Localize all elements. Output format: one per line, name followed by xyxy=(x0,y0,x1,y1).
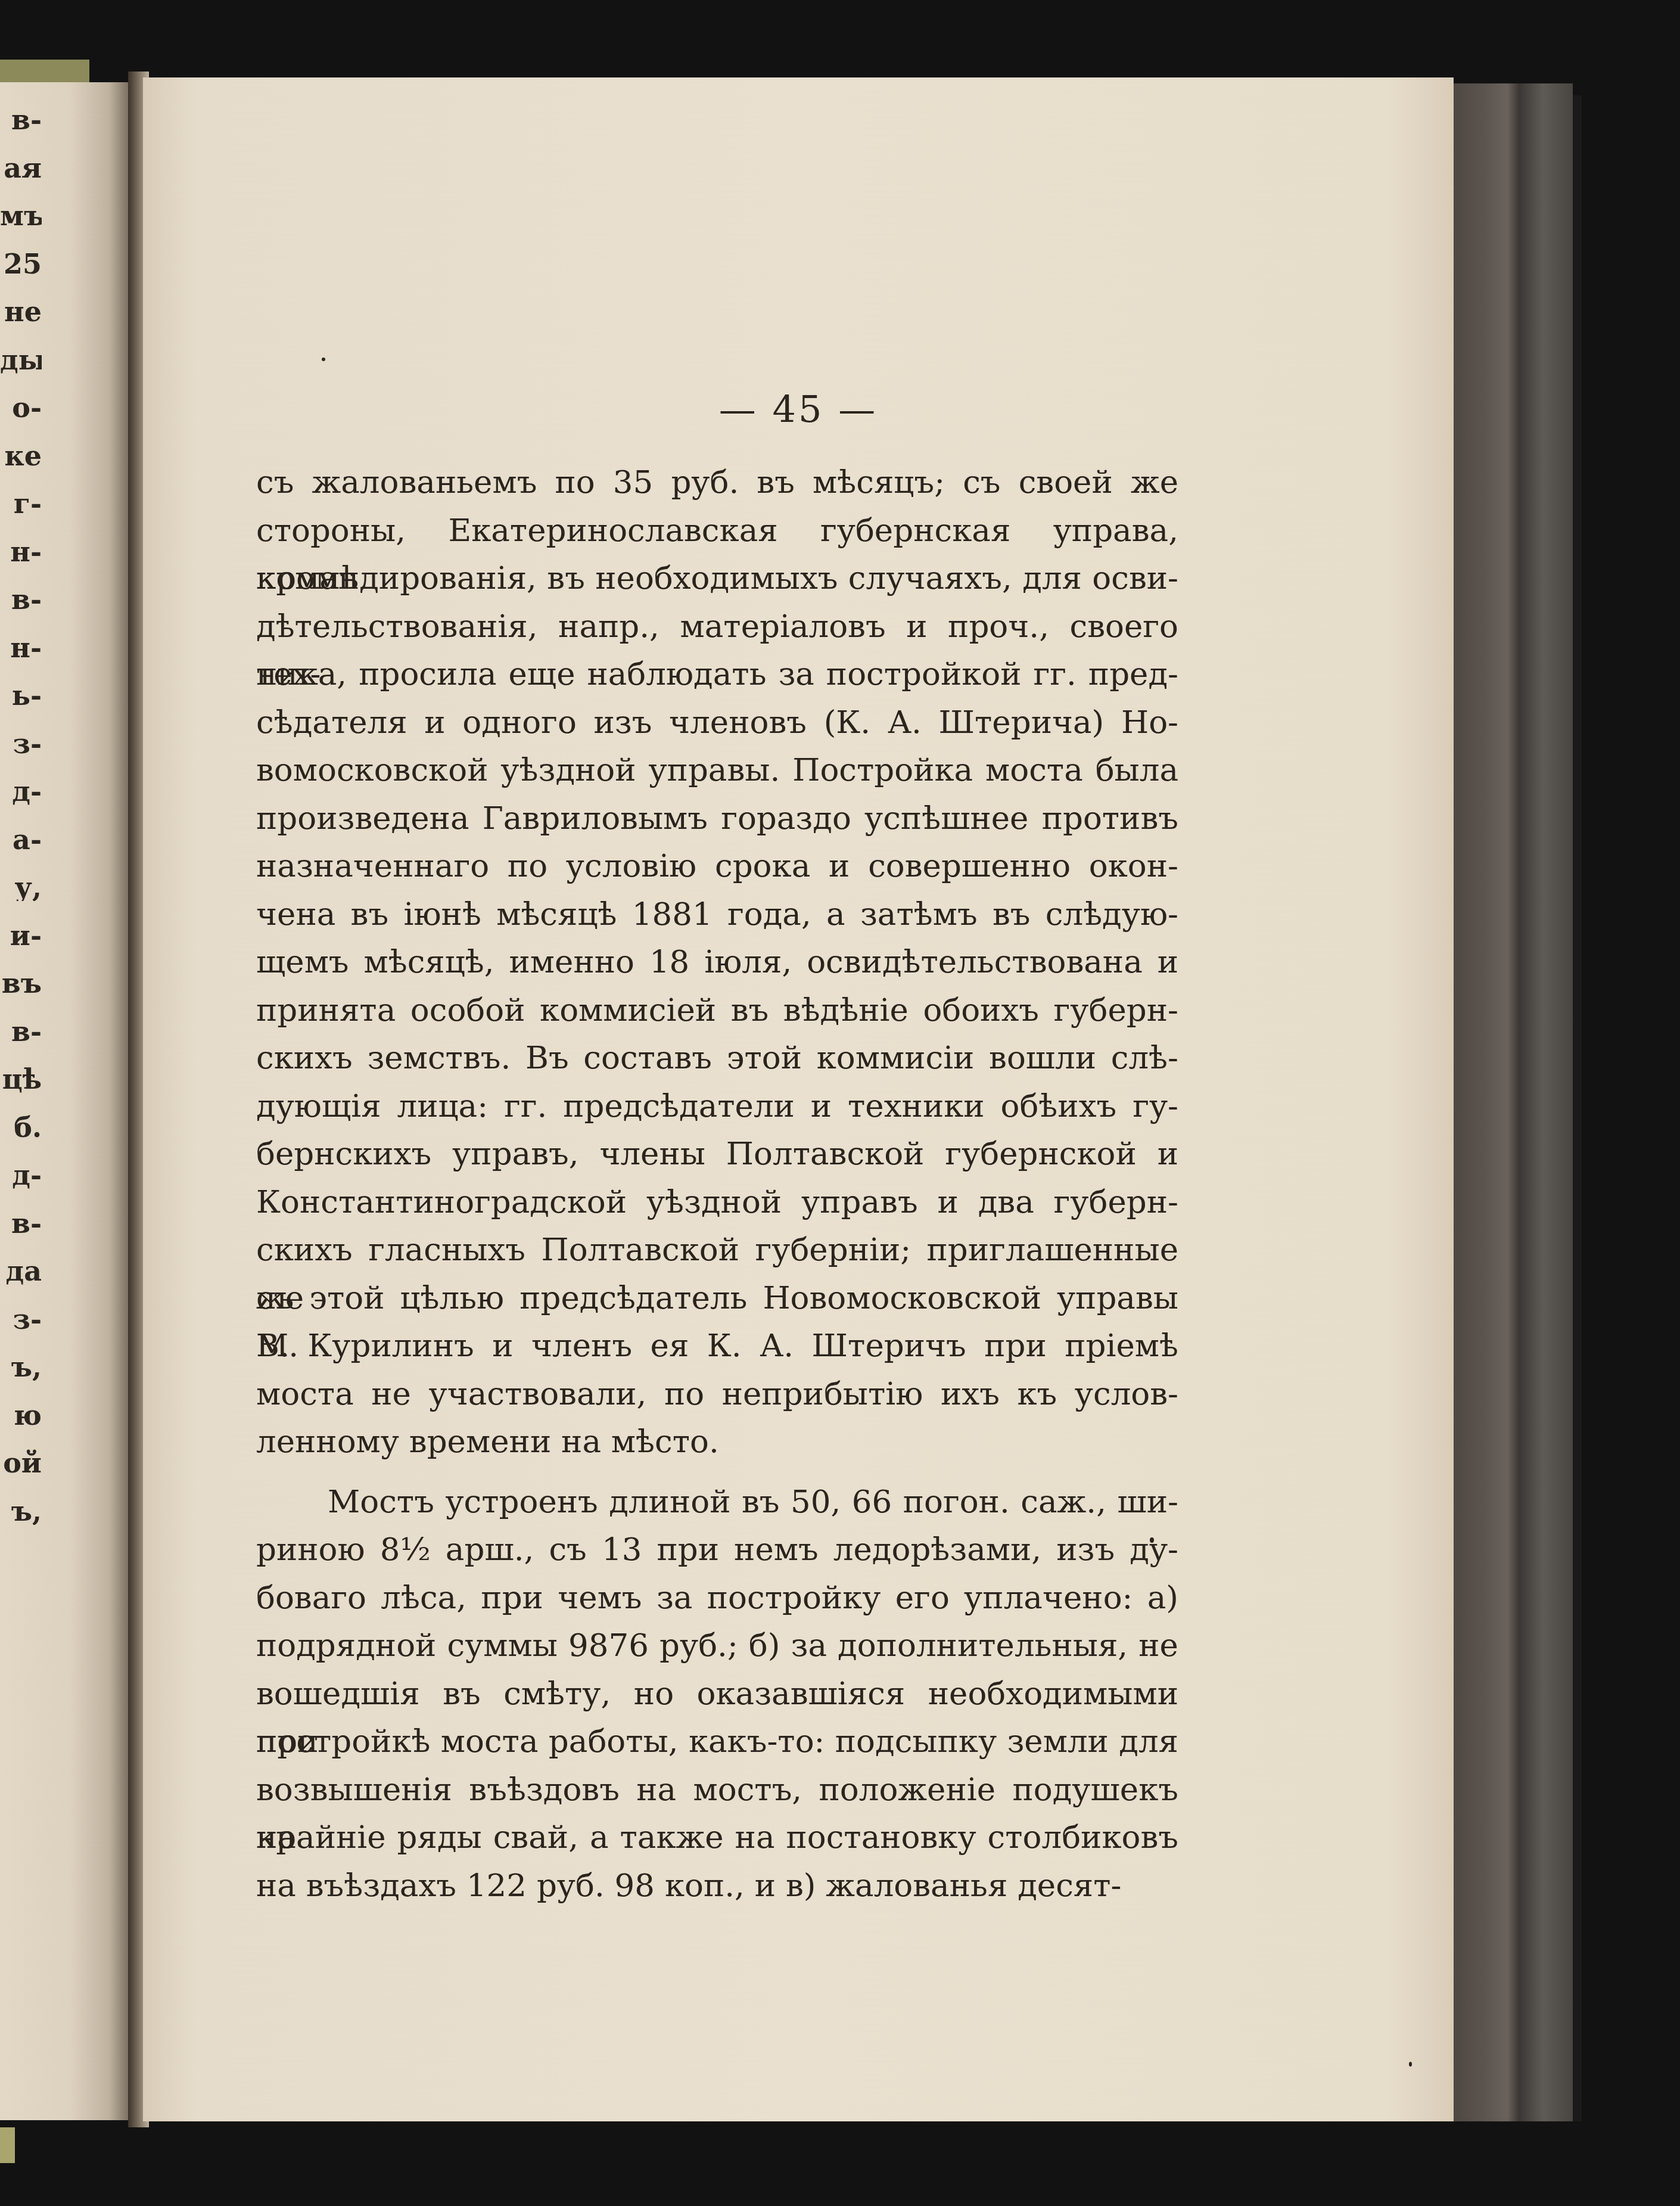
text-line: возвышенія въѣздовъ на мостъ, положеніе … xyxy=(256,1766,1178,1814)
left-page-text-fragment: мъ xyxy=(0,202,42,229)
left-page-text-fragment: ая xyxy=(0,154,42,182)
left-page-text-fragment: о- xyxy=(0,394,42,421)
text-line: постройкѣ моста работы, какъ-то: подсыпк… xyxy=(256,1718,1178,1766)
left-page-text-fragment: д- xyxy=(0,1161,42,1189)
text-line: Мостъ устроенъ длиной въ 50, 66 погон. с… xyxy=(256,1478,1178,1527)
book-page-edges xyxy=(1454,83,1573,2121)
left-page-text-fragment: ке xyxy=(0,442,42,470)
left-page-text-fragment: з- xyxy=(0,1306,42,1333)
text-line: вошедшія въ смѣту, но оказавшіяся необхо… xyxy=(256,1670,1178,1719)
text-line: скихъ земствъ. Въ составъ этой коммисіи … xyxy=(256,1034,1178,1083)
left-page-text-fragment: в- xyxy=(0,1018,42,1045)
page-number: — 45 — xyxy=(143,387,1454,431)
text-line: чена въ іюнѣ мѣсяцѣ 1881 года, а затѣмъ … xyxy=(256,891,1178,939)
left-page-text-fragment: в- xyxy=(0,1210,42,1237)
text-line: бернскихъ управъ, члены Полтавской губер… xyxy=(256,1130,1178,1179)
left-page-text-fragment: и- xyxy=(0,922,42,949)
text-line: В. Курилинъ и членъ ея К. А. Штеричъ при… xyxy=(256,1322,1178,1371)
paragraph-gap xyxy=(256,1466,1178,1478)
left-page-text-fragments: в-аямъ25недыо-кег-н-в-н-ь-з-д-а-у,и-във-… xyxy=(0,82,42,2120)
left-page-text-fragment: н- xyxy=(0,538,42,566)
text-line: щемъ мѣсяцѣ, именно 18 іюля, освидѣтельс… xyxy=(256,939,1178,987)
left-page-text-fragment: г- xyxy=(0,490,42,517)
left-page-text-fragment: да xyxy=(0,1257,42,1285)
text-line: дѣтельствованія, напр., матеріаловъ и пр… xyxy=(256,603,1178,651)
left-page-text-fragment: ъ, xyxy=(0,1353,42,1381)
text-line: на въѣздахъ 122 руб. 98 коп., и в) жалов… xyxy=(256,1862,1178,1910)
text-line: моста не участвовали, по неприбытію ихъ … xyxy=(256,1371,1178,1419)
text-line: произведена Гавриловымъ гораздо успѣшнее… xyxy=(256,795,1178,843)
text-line: крайніе ряды свай, а также на постановку… xyxy=(256,1814,1178,1862)
left-page-text-fragment: въ xyxy=(0,970,42,997)
text-line: дующія лица: гг. предсѣдатели и техники … xyxy=(256,1083,1178,1131)
left-page-text-fragment: ъ, xyxy=(0,1497,42,1525)
paper-speck xyxy=(1409,2062,1412,2067)
text-line: стороны, Екатеринославская губернская уп… xyxy=(256,507,1178,555)
text-line: съ жалованьемъ по 35 руб. въ мѣсяцъ; съ … xyxy=(256,459,1178,507)
text-line: вомосковской уѣздной управы. Постройка м… xyxy=(256,747,1178,795)
left-page-text-fragment: цѣ xyxy=(0,1065,42,1093)
paper-speck xyxy=(322,358,325,361)
left-page-text-fragment: у, xyxy=(0,874,42,901)
left-page-text-fragment: ой xyxy=(0,1449,42,1477)
text-line: принята особой коммисіей въ вѣдѣніе обои… xyxy=(256,987,1178,1035)
left-page-text-fragment: д- xyxy=(0,778,42,805)
text-line: подрядной суммы 9876 руб.; б) за дополни… xyxy=(256,1622,1178,1670)
left-cover-edge xyxy=(0,60,89,82)
left-cover-edge-bottom xyxy=(0,2127,15,2163)
left-page-text-fragment: не xyxy=(0,298,42,325)
left-page-fragment: в-аямъ25недыо-кег-н-в-н-ь-з-д-а-у,и-във-… xyxy=(0,82,128,2120)
left-page-text-fragment: з- xyxy=(0,730,42,757)
left-page-text-fragment: ды xyxy=(0,346,42,374)
left-page-text-fragment: в- xyxy=(0,106,42,133)
text-line: боваго лѣса, при чемъ за постройку его у… xyxy=(256,1574,1178,1623)
book-cover-edge xyxy=(1573,95,1582,2121)
text-line: ника, просила еще наблюдать за постройко… xyxy=(256,651,1178,699)
left-page-text-fragment: 25 xyxy=(0,250,42,278)
left-page-text-fragment: б. xyxy=(0,1114,42,1141)
paper-speck xyxy=(1150,1537,1154,1543)
text-line: назначеннаго по условію срока и совершен… xyxy=(256,843,1178,891)
text-line: командированія, въ необходимыхъ случаяхъ… xyxy=(256,555,1178,603)
text-line: Константиноградской уѣздной управъ и два… xyxy=(256,1179,1178,1227)
text-line: сѣдателя и одного изъ членовъ (К. А. Ште… xyxy=(256,699,1178,747)
left-page-text-fragment: ь- xyxy=(0,682,42,709)
text-line: ленному времени на мѣсто. xyxy=(256,1418,1178,1466)
left-page-text-fragment: н- xyxy=(0,634,42,661)
body-text: съ жалованьемъ по 35 руб. въ мѣсяцъ; съ … xyxy=(256,459,1178,1910)
left-page-text-fragment: а- xyxy=(0,826,42,853)
left-page-text-fragment: ю xyxy=(0,1402,42,1429)
main-page: — 45 — съ жалованьемъ по 35 руб. въ мѣся… xyxy=(143,77,1454,2121)
left-page-text-fragment: в- xyxy=(0,586,42,613)
text-line: скихъ гласныхъ Полтавской губерніи; приг… xyxy=(256,1226,1178,1275)
text-line: съ этой цѣлью предсѣдатель Новомосковско… xyxy=(256,1275,1178,1323)
text-line: риною 8½ арш., съ 13 при немъ ледорѣзами… xyxy=(256,1526,1178,1574)
